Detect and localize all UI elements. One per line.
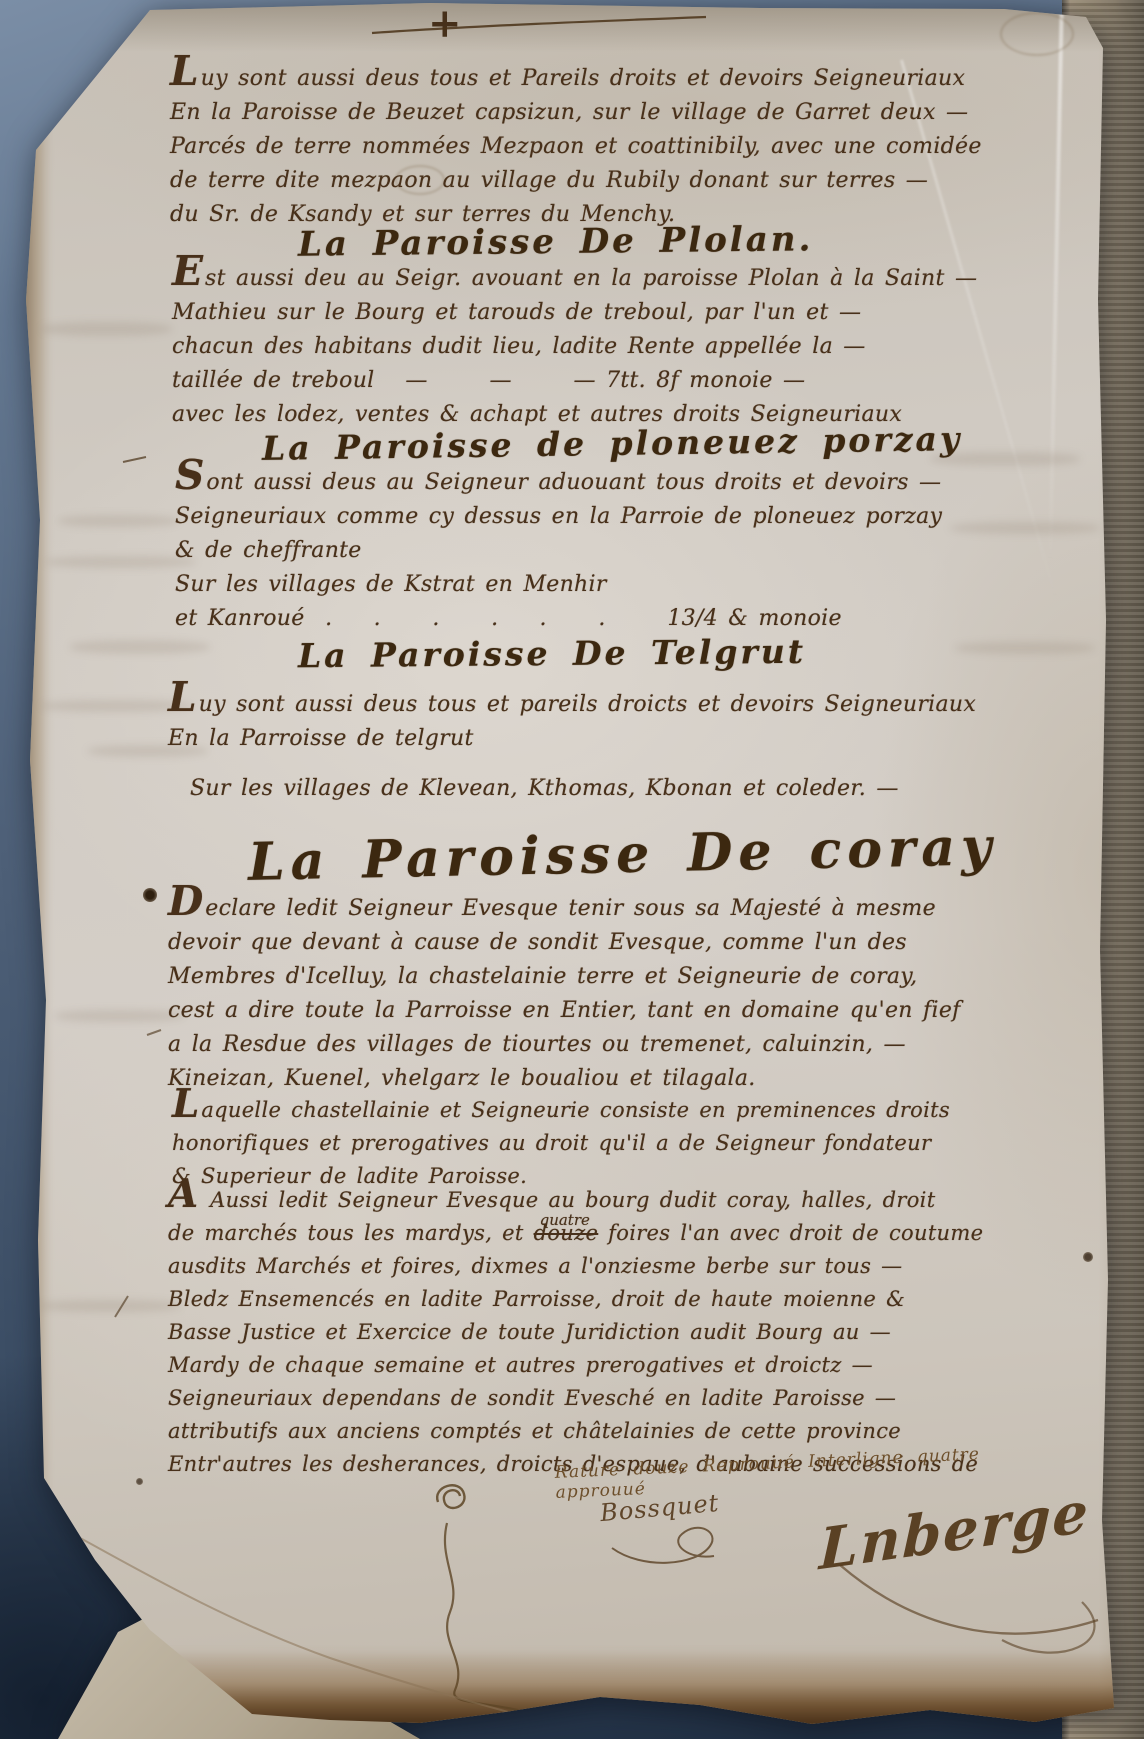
section-heading-telgrut: La Paroisse De Telgrut (298, 632, 806, 675)
line-segment: foires l'an avec droit de coutume (598, 1221, 983, 1245)
flourish-doodle (437, 1485, 464, 1508)
manuscript-line: Est aussi deu au Seigr. avouant en la pa… (172, 262, 1062, 296)
section-heading-plolan: La Paroisse De Plolan. (298, 219, 814, 264)
margin-dash (115, 1296, 128, 1317)
inserted-word: quatre (540, 1204, 590, 1237)
bleed-through-mark (46, 556, 196, 568)
section-heading-ploneuez: La Paroisse de ploneuez porzay (262, 419, 963, 468)
ink-blot (1083, 1252, 1093, 1262)
bleed-through-mark (58, 515, 178, 527)
manuscript-line: Bledz Ensemencés en ladite Parroisse, dr… (168, 1283, 1078, 1316)
manuscript-line: Mardy de chaque semaine et autres prerog… (168, 1349, 1078, 1382)
manuscript-line: Sont aussi deus au Seigneur aduouant tou… (175, 466, 1065, 500)
manuscript-line: taillée de treboul — — — 7tt. 8f monoie … (172, 364, 1062, 398)
manuscript-line: Seigneuriaux dependans de sondit Evesché… (168, 1382, 1078, 1415)
line-segment: de marchés tous les mardys, et (168, 1221, 534, 1245)
margin-dash (147, 1030, 161, 1035)
manuscript-page: + Luy sont aussi deus tous et Pareils dr… (0, 0, 1144, 1739)
bleed-through-mark (40, 1300, 180, 1312)
manuscript-photo: { "colors": { "ink": "#48301a", "paper":… (0, 0, 1144, 1739)
signature-flourish (840, 1565, 1098, 1634)
manuscript-line: Kineizan, Kuenel, vhelgarz le boualiou e… (168, 1062, 1068, 1096)
manuscript-line: honorifiques et prerogatives au droit qu… (172, 1127, 1072, 1160)
manuscript-line: cest a dire toute la Parroisse en Entier… (168, 994, 1068, 1028)
signature-flourish (1002, 1602, 1094, 1653)
manuscript-line: Membres d'Icelluy, la chastelainie terre… (168, 960, 1068, 994)
signature-right: Lnberge (818, 1479, 1091, 1584)
coray-aussi-paragraph: A Aussi ledit Seigneur Evesque au bourg … (168, 1184, 1078, 1481)
bleed-through-mark (70, 640, 210, 654)
manuscript-line: Luy sont aussi deus tous et pareils droi… (168, 688, 1068, 722)
manuscript-line: attributifs aux anciens comptés et châte… (168, 1415, 1078, 1448)
manuscript-line: Mathieu sur le Bourg et tarouds de trebo… (172, 296, 1062, 330)
manuscript-line: Seigneuriaux comme cy dessus en la Parro… (175, 500, 1065, 534)
section-heading-coray: La Paroisse De coray (247, 816, 997, 893)
paper-wrap: + Luy sont aussi deus tous et Pareils dr… (0, 0, 1144, 1739)
manuscript-line: et Kanroué . . . . . . 13/4 & monoie (175, 602, 1065, 636)
manuscript-line: ausdits Marchés et foires, dixmes a l'on… (168, 1250, 1078, 1283)
cross-page-mark: + (428, 0, 462, 47)
manuscript-line-with-correction: de marchés tous les mardys, et quatredou… (168, 1217, 1078, 1250)
plolan-paragraph: Est aussi deu au Seigr. avouant en la pa… (172, 262, 1062, 432)
manuscript-line: En la Parroisse de telgrut (168, 722, 1068, 756)
manuscript-line: devoir que devant à cause de sondit Eves… (168, 926, 1068, 960)
manuscript-line: Sur les villages de Klevean, Kthomas, Kb… (190, 772, 1070, 806)
bleed-through-mark (955, 642, 1095, 654)
burnt-bottom-edge (150, 1648, 1144, 1728)
manuscript-line: Laquelle chastellainie et Seigneurie con… (172, 1094, 1072, 1127)
deckle-edge (18, 120, 52, 1500)
cross-mark-long-stroke (372, 17, 706, 33)
manuscript-line: A Aussi ledit Seigneur Evesque au bourg … (168, 1184, 1078, 1217)
intro-paragraph: Luy sont aussi deus tous et Pareils droi… (170, 62, 1060, 232)
bleed-through-mark (42, 322, 172, 336)
manuscript-line: Declare ledit Seigneur Evesque tenir sou… (168, 892, 1068, 926)
telgrut-villages: Sur les villages de Klevean, Kthomas, Kb… (190, 772, 1070, 806)
coray-declare-paragraph: Declare ledit Seigneur Evesque tenir sou… (168, 892, 1068, 1096)
manuscript-line: Parcés de terre nommées Mezpaon et coatt… (170, 130, 1060, 164)
manuscript-line: Sur les villages de Kstrat en Menhir (175, 568, 1065, 602)
manuscript-line: & de cheffrante (175, 534, 1065, 568)
ploneuez-paragraph: Sont aussi deus au Seigneur aduouant tou… (175, 466, 1065, 636)
manuscript-line: En la Paroisse de Beuzet capsizun, sur l… (170, 96, 1060, 130)
ink-blot (136, 1478, 143, 1485)
manuscript-line: Luy sont aussi deus tous et Pareils droi… (170, 62, 1060, 96)
manuscript-line: chacun des habitans dudit lieu, ladite R… (172, 330, 1062, 364)
manuscript-line: de terre dite mezpaon au village du Rubi… (170, 164, 1060, 198)
faint-ring-stain (1000, 12, 1074, 56)
bossquet-paraph (612, 1528, 714, 1563)
manuscript-line: Basse Justice et Exercice de toute Jurid… (168, 1316, 1078, 1349)
correction: quatredouze (534, 1221, 599, 1245)
ink-blot (143, 888, 157, 902)
telgrut-paragraph: Luy sont aussi deus tous et pareils droi… (168, 688, 1068, 756)
bleed-through-mark (55, 1010, 185, 1022)
margin-dash (123, 457, 146, 462)
manuscript-line: a la Resdue des villages de tiourtes ou … (168, 1028, 1068, 1062)
coray-laquelle-paragraph: Laquelle chastellainie et Seigneurie con… (172, 1094, 1072, 1193)
